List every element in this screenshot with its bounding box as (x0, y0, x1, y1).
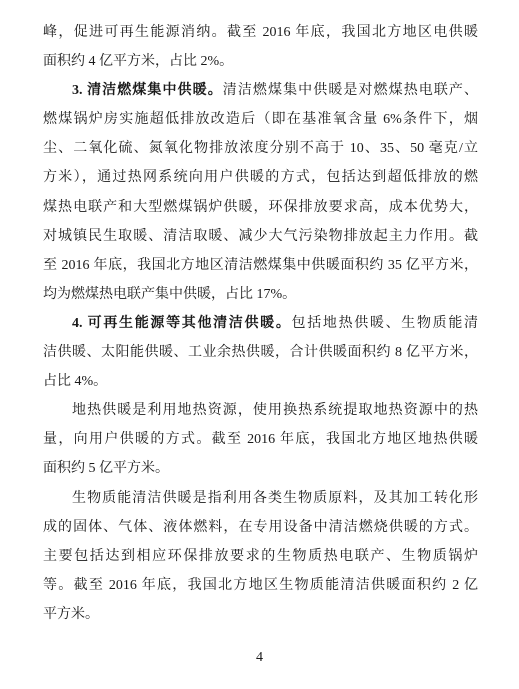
text-line: 洁供暖、太阳能供暖、工业余热供暖，合计供暖面积约 8 亿平方米， (43, 338, 478, 367)
text-run: 等。截至 2016 年底，我国北方地区生物质能清洁供暖面积约 2 亿 (43, 578, 478, 593)
text-line: 地热供暖是利用地热资源，使用换热系统提取地热资源中的热 (43, 396, 478, 425)
text-line: 均为燃煤热电联产集中供暖，占比 17%。 (43, 280, 478, 309)
text-run: 面积约 5 亿平方米。 (43, 461, 169, 476)
text-line: 面积约 4 亿平方米，占比 2%。 (43, 47, 478, 76)
text-run: 包括地热供暖、生物质能清 (292, 316, 478, 331)
text-run: 平方米。 (43, 607, 99, 622)
text-run: 洁供暖、太阳能供暖、工业余热供暖，合计供暖面积约 8 亿平方米， (43, 345, 478, 360)
text-line: 等。截至 2016 年底，我国北方地区生物质能清洁供暖面积约 2 亿 (43, 571, 478, 600)
text-run: 成的固体、气体、液体燃料，在专用设备中清洁燃烧供暖的方式。 (43, 520, 478, 535)
text-line: 量，向用户供暖的方式。截至 2016 年底，我国北方地区地热供暖 (43, 425, 478, 454)
text-line: 3. 清洁燃煤集中供暖。清洁燃煤集中供暖是对燃煤热电联产、 (43, 76, 478, 105)
text-run: 至 2016 年底，我国北方地区清洁燃煤集中供暖面积约 35 亿平方米， (43, 258, 478, 273)
text-run: 方米），通过热网系统向用户供暖的方式，包括达到超低排放的燃 (43, 170, 478, 185)
text-run: 主要包括达到相应环保排放要求的生物质热电联产、生物质锅炉 (43, 549, 478, 564)
text-run: 生物质能清洁供暖是指利用各类生物质原料，及其加工转化形 (72, 491, 478, 506)
bold-text-run: 4. 可再生能源等其他清洁供暖。 (72, 316, 292, 331)
text-run: 地热供暖是利用地热资源，使用换热系统提取地热资源中的热 (72, 403, 478, 418)
text-run: 燃煤锅炉房实施超低排放改造后（即在基准氧含量 6%条件下，烟 (43, 112, 478, 127)
text-run: 均为燃煤热电联产集中供暖，占比 17%。 (43, 287, 296, 302)
text-line: 峰，促进可再生能源消纳。截至 2016 年底，我国北方地区电供暖 (43, 18, 478, 47)
text-line: 燃煤锅炉房实施超低排放改造后（即在基准氧含量 6%条件下，烟 (43, 105, 478, 134)
paragraph-electric-heating-continuation: 峰，促进可再生能源消纳。截至 2016 年底，我国北方地区电供暖面积约 4 亿平… (43, 18, 478, 76)
bold-text-run: 3. 清洁燃煤集中供暖。 (72, 83, 223, 98)
page-number: 4 (0, 648, 519, 668)
text-run: 煤热电联产和大型燃煤锅炉供暖，环保排放要求高，成本优势大， (43, 200, 478, 215)
text-run: 占比 4%。 (43, 374, 107, 389)
text-line: 煤热电联产和大型燃煤锅炉供暖，环保排放要求高，成本优势大， (43, 193, 478, 222)
text-run: 峰，促进可再生能源消纳。截至 2016 年底，我国北方地区电供暖 (43, 25, 478, 40)
text-line: 至 2016 年底，我国北方地区清洁燃煤集中供暖面积约 35 亿平方米， (43, 251, 478, 280)
text-run: 尘、二氧化硫、氮氧化物排放浓度分别不高于 10、35、50 毫克/立 (43, 141, 478, 156)
text-line: 占比 4%。 (43, 367, 478, 396)
text-line: 面积约 5 亿平方米。 (43, 454, 478, 483)
text-line: 主要包括达到相应环保排放要求的生物质热电联产、生物质锅炉 (43, 542, 478, 571)
text-line: 4. 可再生能源等其他清洁供暖。包括地热供暖、生物质能清 (43, 309, 478, 338)
text-run: 对城镇民生取暖、清洁取暖、减少大气污染物排放起主力作用。截 (43, 229, 478, 244)
text-run: 面积约 4 亿平方米，占比 2%。 (43, 54, 233, 69)
text-line: 方米），通过热网系统向用户供暖的方式，包括达到超低排放的燃 (43, 163, 478, 192)
text-line: 平方米。 (43, 600, 478, 629)
paragraph-renewable-and-other-clean-heating: 4. 可再生能源等其他清洁供暖。包括地热供暖、生物质能清洁供暖、太阳能供暖、工业… (43, 309, 478, 396)
text-run: 量，向用户供暖的方式。截至 2016 年底，我国北方地区地热供暖 (43, 432, 478, 447)
paragraph-biomass-clean-heating: 生物质能清洁供暖是指利用各类生物质原料，及其加工转化形成的固体、气体、液体燃料，… (43, 484, 478, 629)
text-line: 尘、二氧化硫、氮氧化物排放浓度分别不高于 10、35、50 毫克/立 (43, 134, 478, 163)
paragraph-clean-coal-central-heating: 3. 清洁燃煤集中供暖。清洁燃煤集中供暖是对燃煤热电联产、燃煤锅炉房实施超低排放… (43, 76, 478, 309)
paragraph-geothermal-heating: 地热供暖是利用地热资源，使用换热系统提取地热资源中的热量，向用户供暖的方式。截至… (43, 396, 478, 483)
text-run: 清洁燃煤集中供暖是对燃煤热电联产、 (223, 83, 478, 98)
page-text-body: 峰，促进可再生能源消纳。截至 2016 年底，我国北方地区电供暖面积约 4 亿平… (43, 18, 478, 629)
document-page: 峰，促进可再生能源消纳。截至 2016 年底，我国北方地区电供暖面积约 4 亿平… (0, 0, 519, 689)
text-line: 生物质能清洁供暖是指利用各类生物质原料，及其加工转化形 (43, 484, 478, 513)
text-line: 成的固体、气体、液体燃料，在专用设备中清洁燃烧供暖的方式。 (43, 513, 478, 542)
text-line: 对城镇民生取暖、清洁取暖、减少大气污染物排放起主力作用。截 (43, 222, 478, 251)
